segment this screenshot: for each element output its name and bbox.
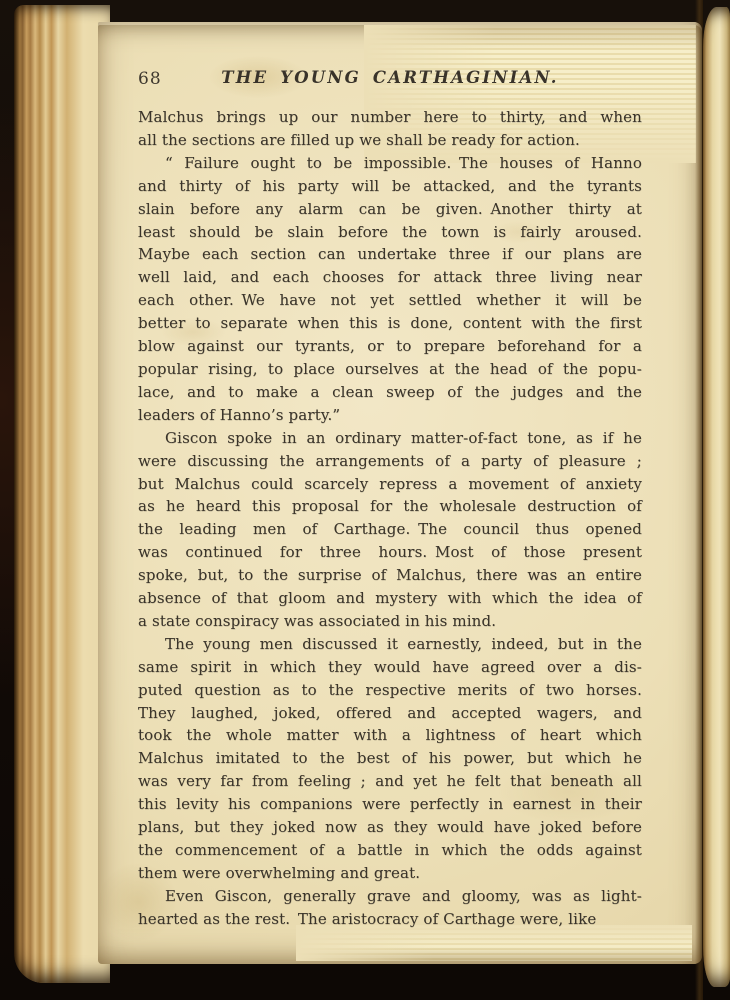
text-line: better to separate when this is done, co… (138, 312, 642, 335)
text-line: and thirty of his party will be attacked… (138, 175, 642, 198)
text-line: leaders of Hanno’s party.” (138, 404, 642, 427)
page-text-block: 68 THE YOUNG CARTHAGINIAN. Malchus bring… (138, 68, 642, 931)
text-line: well laid, and each chooses for attack t… (138, 266, 642, 289)
gutter-crease-shadow (695, 0, 703, 1000)
text-line: lace, and to make a clean sweep of the j… (138, 381, 642, 404)
text-line: as he heard this proposal for the wholes… (138, 495, 642, 518)
text-line: this levity his companions were perfectl… (138, 793, 642, 816)
text-line: same spirit in which they would have agr… (138, 656, 642, 679)
text-line: was continued for three hours. Most of t… (138, 541, 642, 564)
adjacent-page-curl (703, 7, 730, 987)
text-line: Even Giscon, generally grave and gloomy,… (138, 885, 642, 908)
text-line: a state conspiracy was associated in his… (138, 610, 642, 633)
text-line: Maybe each section can undertake three i… (138, 243, 642, 266)
text-line: least should be slain before the town is… (138, 221, 642, 244)
text-line: all the sections are filled up we shall … (138, 129, 642, 152)
text-line: the commencement of a battle in which th… (138, 839, 642, 862)
text-line: the leading men of Carthage. The council… (138, 518, 642, 541)
book-page: 68 THE YOUNG CARTHAGINIAN. Malchus bring… (98, 22, 702, 964)
text-line: them were overwhelming and great. (138, 862, 642, 885)
page-header: 68 THE YOUNG CARTHAGINIAN. (138, 68, 642, 92)
running-title: THE YOUNG CARTHAGINIAN. (138, 68, 642, 87)
text-line: absence of that gloom and mystery with w… (138, 587, 642, 610)
text-line: popular rising, to place ourselves at th… (138, 358, 642, 381)
page-stack-fore-edge (14, 5, 110, 983)
text-line: Giscon spoke in an ordinary matter-of-fa… (138, 427, 642, 450)
text-line: took the whole matter with a lightness o… (138, 724, 642, 747)
text-line: hearted as the rest. The aristocracy of … (138, 908, 642, 931)
text-line: puted question as to the respective meri… (138, 679, 642, 702)
text-line: but Malchus could scarcely repress a mov… (138, 473, 642, 496)
text-line: Malchus imitated to the best of his powe… (138, 747, 642, 770)
text-line: spoke, but, to the surprise of Malchus, … (138, 564, 642, 587)
body-text: Malchus brings up our number here to thi… (138, 106, 642, 931)
text-line: Malchus brings up our number here to thi… (138, 106, 642, 129)
text-line: slain before any alarm can be given. Ano… (138, 198, 642, 221)
text-line: blow against our tyrants, or to prepare … (138, 335, 642, 358)
text-line: They laughed, joked, offered and accepte… (138, 702, 642, 725)
text-line: was very far from feeling ; and yet he f… (138, 770, 642, 793)
text-line: The young men discussed it earnestly, in… (138, 633, 642, 656)
text-line: were discussing the arrangements of a pa… (138, 450, 642, 473)
text-line: each other. We have not yet settled whet… (138, 289, 642, 312)
page-number: 68 (138, 69, 162, 89)
text-line: plans, but they joked now as they would … (138, 816, 642, 839)
text-line: “ Failure ought to be impossible. The ho… (138, 152, 642, 175)
